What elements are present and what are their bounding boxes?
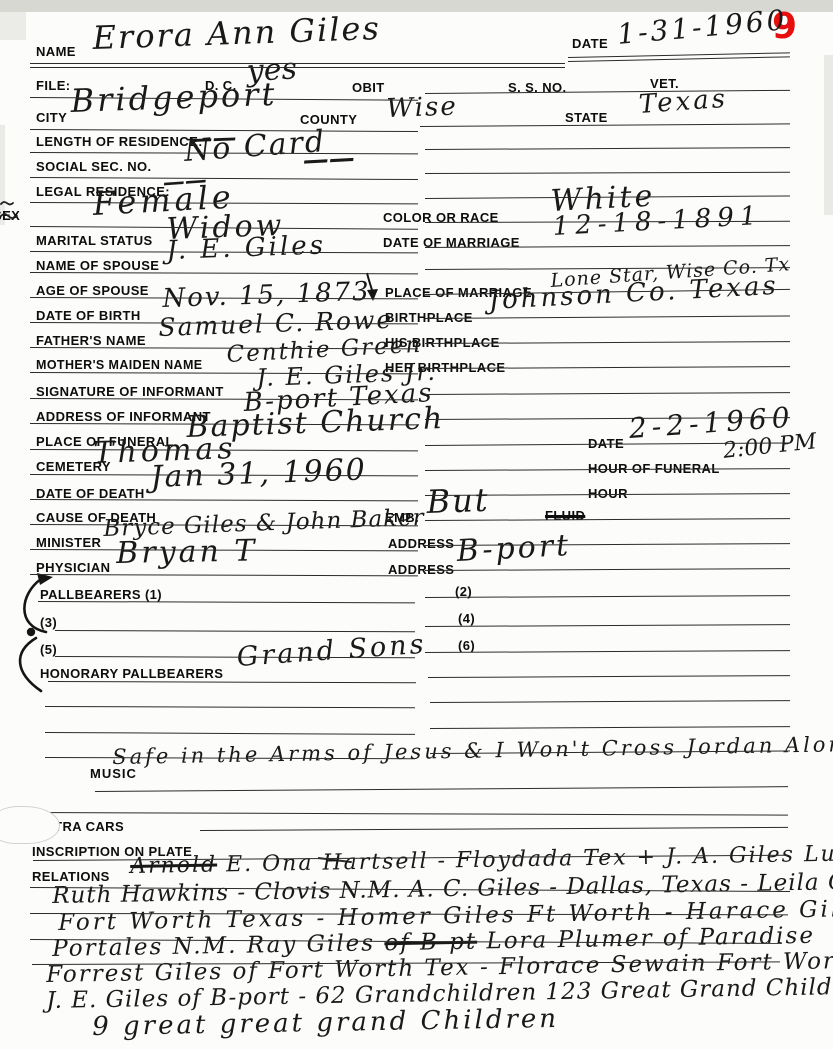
scan-edge-corner — [0, 12, 26, 40]
rule-line — [30, 372, 418, 374]
rule-line — [430, 700, 790, 703]
pen-squiggle-mark — [0, 196, 22, 228]
rule-line — [30, 499, 418, 501]
state-label: STATE — [565, 110, 608, 125]
rule-line — [30, 574, 418, 576]
marital-status-label: MARITAL STATUS — [36, 233, 153, 248]
birthplace-value: Johnson Co. Texas — [488, 273, 779, 315]
age-of-spouse-label: AGE OF SPOUSE — [36, 283, 149, 298]
name-of-spouse-value: J. E. Giles — [166, 232, 326, 265]
name-value: Erora Ann Giles — [92, 12, 381, 56]
rule-line — [55, 656, 415, 658]
rule-line — [30, 347, 418, 349]
rule-line — [425, 392, 790, 395]
rule-line — [425, 90, 790, 94]
rule-line — [420, 123, 790, 127]
rule-line — [32, 812, 788, 816]
rule-line — [425, 595, 790, 598]
social-sec-dash: —— — [302, 145, 355, 175]
rule-line — [430, 726, 790, 729]
rule-line — [45, 732, 415, 735]
rule-line — [425, 315, 790, 319]
pallbearers-4-label: (4) — [458, 611, 475, 626]
rule-line — [38, 601, 415, 603]
physician-address-value: B-port — [456, 530, 572, 567]
relations-line-1-struck: Arnold — [130, 852, 217, 879]
county-value: Wise — [386, 94, 458, 124]
signature-of-informant-label: SIGNATURE OF INFORMANT — [36, 384, 224, 399]
name-label: NAME — [36, 44, 76, 59]
rule-line — [425, 568, 790, 571]
fathers-name-label: FATHER'S NAME — [36, 333, 146, 348]
funeral-record-form: 9 NAME Erora Ann Giles DATE 1-31-1960 FI… — [0, 0, 833, 1049]
obit-label: OBIT — [352, 80, 385, 95]
social-sec-label: SOCIAL SEC. NO. — [36, 159, 152, 174]
rule-line — [30, 398, 418, 400]
date-of-birth-label: DATE OF BIRTH — [36, 308, 141, 323]
scan-edge-right — [824, 55, 833, 215]
physician-value: Bryan T — [116, 536, 258, 570]
relations-line-4-struck: of B-pt — [384, 929, 477, 957]
address-of-informant-label: ADDRESS OF INFORMANT — [36, 409, 211, 424]
name-of-spouse-label: NAME OF SPOUSE — [36, 258, 159, 273]
scan-blob — [0, 806, 60, 844]
rule-line — [30, 272, 418, 274]
minister-label: MINISTER — [36, 535, 101, 550]
city-label: CITY — [36, 110, 67, 125]
honorary-pallbearers-value: Grand Sons — [236, 631, 427, 673]
rule-line — [425, 147, 790, 150]
rule-line — [428, 675, 790, 678]
rule-line — [200, 827, 788, 831]
mothers-maiden-name-label: MOTHER'S MAIDEN NAME — [36, 358, 203, 372]
rule-line — [30, 63, 565, 64]
rule-line — [30, 67, 565, 68]
rule-line — [45, 706, 415, 708]
rule-line — [55, 630, 415, 632]
date-label: DATE — [572, 36, 608, 51]
rule-line — [48, 681, 416, 683]
rule-line — [425, 172, 790, 174]
file-label: FILE: — [36, 78, 71, 93]
rule-line — [425, 624, 790, 627]
minister-address-label: ADDRESS — [388, 536, 454, 551]
rule-line — [425, 650, 790, 653]
fluid-label: FLUID — [545, 508, 585, 523]
relations-line-7: 9 great great grand Children — [92, 1006, 559, 1041]
length-of-residence-label: LENGTH OF RESIDENCE: — [36, 134, 203, 149]
rule-line — [95, 786, 788, 792]
emb-value: But — [426, 484, 490, 520]
